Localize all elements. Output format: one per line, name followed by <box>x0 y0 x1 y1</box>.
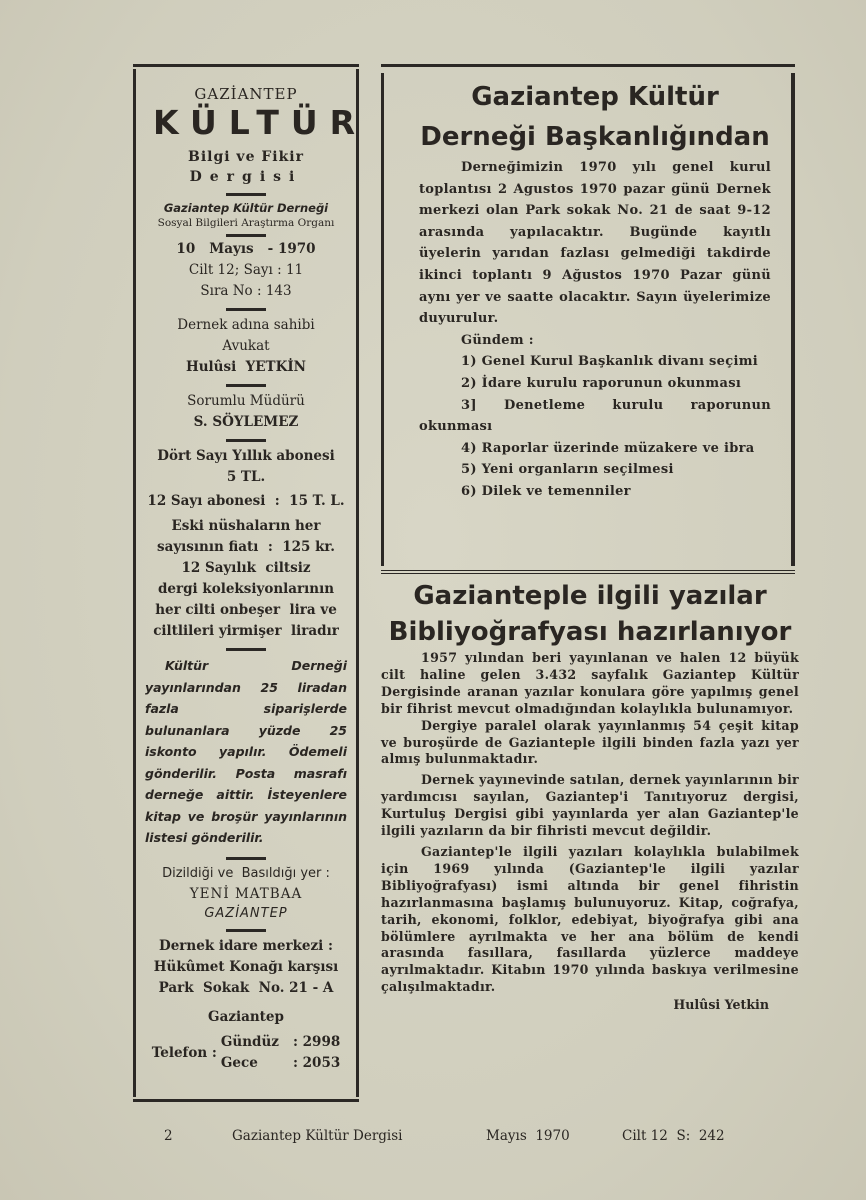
old-issues-line2: sayısının fiatı : 125 kr. <box>141 537 351 558</box>
phone-block: Telefon : Gündüz : 2998 Gece : 2053 <box>141 1032 351 1074</box>
footer-date: Mayıs 1970 <box>486 1128 570 1144</box>
page-footer: 2 Gaziantep Kültür Dergisi Mayıs 1970 Ci… <box>160 1128 760 1152</box>
owner-name: Hulûsi YETKİN <box>141 357 351 378</box>
phone-day-label: Gündüz <box>221 1032 279 1053</box>
announcement-paragraph: Derneğimizin 1970 yılı genel kurul topla… <box>419 157 771 330</box>
collection-line: her cilti onbeşer lira ve <box>141 600 351 621</box>
announcement-heading: Gaziantep Kültür <box>419 77 771 117</box>
phone-night-label: Gece <box>221 1053 279 1074</box>
article-heading-2: Bibliyoğrafyası hazırlanıyor <box>381 614 799 650</box>
publisher-name: Gaziantep Kültür Derneği <box>141 200 351 216</box>
subscription-twelve-issues: 12 Sayı abonesi : 15 T. L. <box>141 491 351 512</box>
agenda-item: 5) Yeni organların seçilmesi <box>419 459 771 481</box>
divider <box>226 193 266 196</box>
announcement-box: Gaziantep Kültür Derneği Başkanlığından … <box>381 64 795 574</box>
agenda-item: 2) İdare kurulu raporunun okunması <box>419 373 771 395</box>
old-issues-line1: Eski nüshaların her <box>141 516 351 537</box>
office-label: Dernek idare merkezi : <box>141 936 351 957</box>
collection-line: ciltlileri yirmişer liradır <box>141 621 351 642</box>
masthead-box: GAZİANTEP KÜLTÜR Bilgi ve Fikir Dergisi … <box>133 64 359 1102</box>
box-border-right <box>356 69 359 1097</box>
footer-volume-page: Cilt 12 S: 242 <box>622 1128 725 1144</box>
masthead-subtitle: Bilgi ve Fikir <box>141 147 351 167</box>
divider <box>226 857 266 860</box>
volume-issue: Cilt 12; Sayı : 11 <box>141 260 351 281</box>
phone-day-number: : 2998 <box>293 1032 340 1053</box>
divider <box>226 648 266 651</box>
announcement-body: Derneğimizin 1970 yılı genel kurul topla… <box>419 157 771 503</box>
masthead-subtitle-2: Dergisi <box>141 167 351 187</box>
printer-city: GAZİANTEP <box>141 905 351 923</box>
editor-name: S. SÖYLEMEZ <box>141 412 351 433</box>
office-address-2: Park Sokak No. 21 - A <box>141 978 351 999</box>
printer-name: YENİ MATBAA <box>141 884 351 905</box>
box-border-right <box>791 73 795 566</box>
phone-label: Telefon : <box>152 1045 217 1061</box>
masthead-city: GAZİANTEP <box>141 85 351 103</box>
article-paragraph: Gaziantep'le ilgili yazıları kolaylıkla … <box>381 844 799 996</box>
agenda-item: 1) Genel Kurul Başkanlık divanı seçimi <box>419 351 771 373</box>
divider <box>226 234 266 237</box>
promo-text: Kültür Derneği yayınlarından 25 liradan … <box>141 655 351 849</box>
subscription-four-issues: Dört Sayı Yıllık abonesi <box>141 446 351 467</box>
office-city: Gaziantep <box>141 1007 351 1028</box>
owner-label: Dernek adına sahibi <box>141 315 351 336</box>
article-body: 1957 yılından beri yayınlanan ve halen 1… <box>381 650 799 996</box>
publisher-description: Sosyal Bilgileri Araştırma Organı <box>141 216 351 231</box>
divider <box>226 929 266 932</box>
owner-title: Avukat <box>141 336 351 357</box>
masthead-title: KÜLTÜR <box>153 103 351 143</box>
divider <box>226 384 266 387</box>
issue-date: 10 Mayıs - 1970 <box>141 239 351 260</box>
article-author: Hulûsi Yetkin <box>381 996 799 1013</box>
collection-line: 12 Sayılık ciltsiz <box>141 558 351 579</box>
agenda-item: 3] Denetleme kurulu raporunun okunması <box>419 395 771 438</box>
announcement-heading-2: Derneği Başkanlığından <box>419 117 771 157</box>
serial-number: Sıra No : 143 <box>141 281 351 302</box>
printer-label: Dizildiği ve Basıldığı yer : <box>141 864 351 884</box>
office-address-1: Hükûmet Konağı karşısı <box>141 957 351 978</box>
agenda-item: 6) Dilek ve temenniler <box>419 481 771 503</box>
agenda-label: Gündem : <box>419 330 771 352</box>
agenda-item: 4) Raporlar üzerinde müzakere ve ibra <box>419 438 771 460</box>
box-border-left <box>381 73 384 566</box>
article-paragraph: 1957 yılından beri yayınlanan ve halen 1… <box>381 650 799 718</box>
phone-night-number: : 2053 <box>293 1053 340 1074</box>
page-number: 2 <box>164 1128 173 1144</box>
editor-label: Sorumlu Müdürü <box>141 391 351 412</box>
collection-line: dergi koleksiyonlarının <box>141 579 351 600</box>
article-heading: Gazianteple ilgili yazılar <box>381 578 799 614</box>
article-paragraph: Dernek yayınevinde satılan, dernek yayın… <box>381 772 799 840</box>
subscription-four-price: 5 TL. <box>141 467 351 488</box>
box-border-left <box>133 69 136 1097</box>
article-paragraph: Dergiye paralel olarak yayınlanmış 54 çe… <box>381 718 799 769</box>
footer-magazine: Gaziantep Kültür Dergisi <box>232 1128 403 1144</box>
divider <box>226 308 266 311</box>
bibliography-article: Gazianteple ilgili yazılar Bibliyoğrafya… <box>381 578 799 1013</box>
divider <box>226 439 266 442</box>
